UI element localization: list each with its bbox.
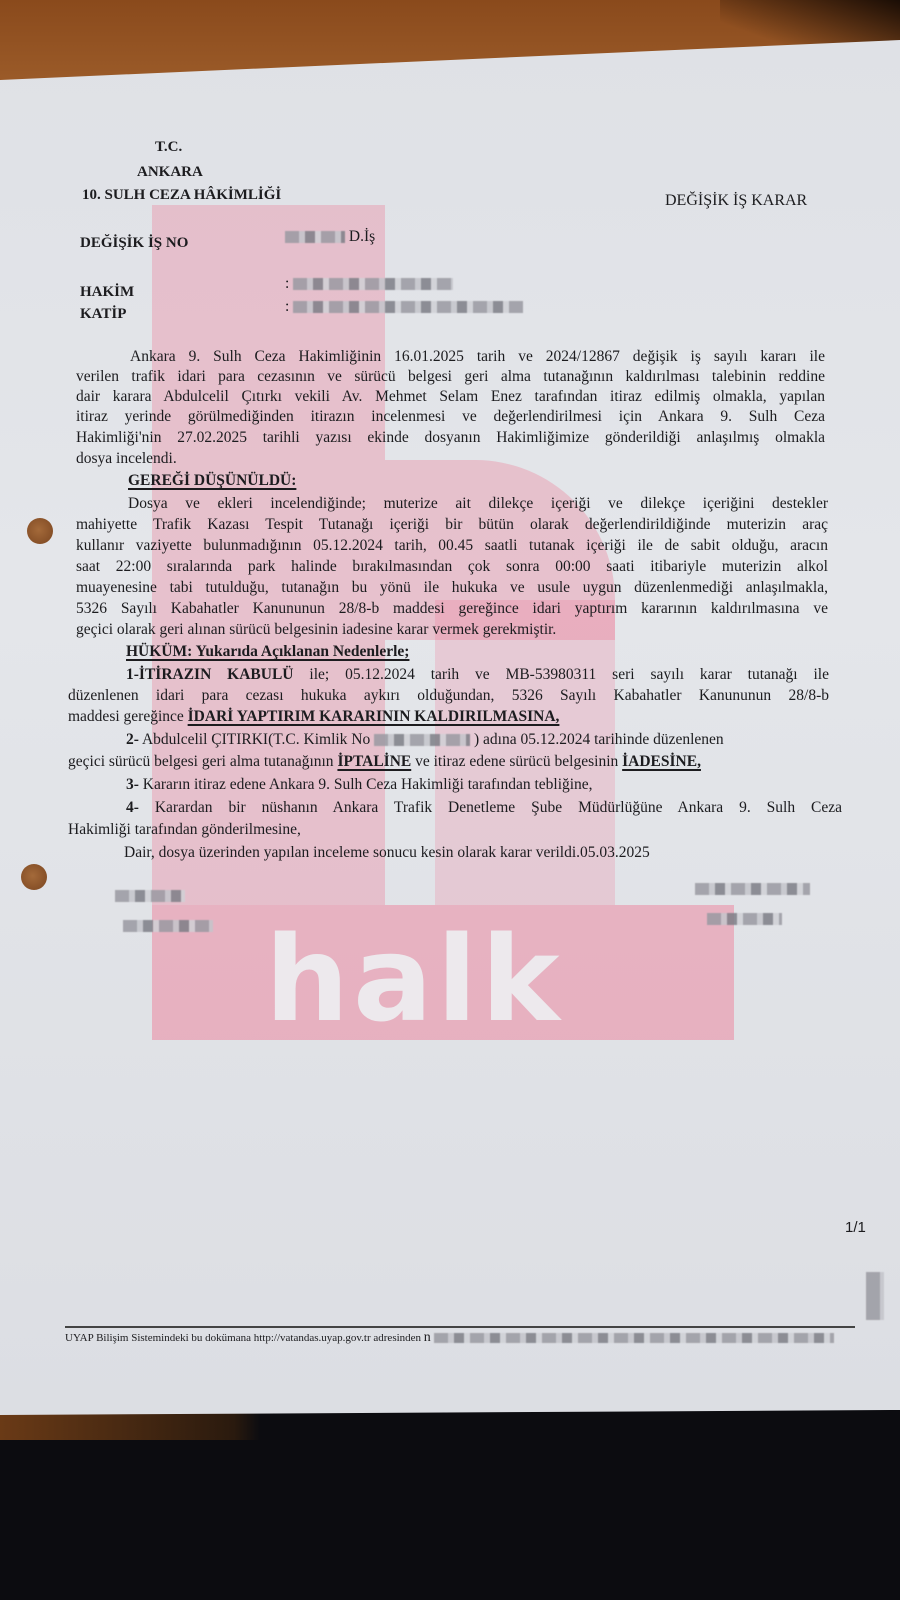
verdict-item-2: 2- Abdulcelil ÇITIRKI(T.C. Kimlik No ) a… [126,730,724,750]
redacted-signature-code [707,913,782,925]
verdict-item-1: 1-İTİRAZIN KABULÜ ile; 05.12.2024 tarih … [126,665,829,685]
verdict-item-1-line2: düzenlenen idari para cezası hukuka aykı… [68,686,829,706]
deliberation-heading: GEREĞİ DÜŞÜNÜLDÜ: [128,471,296,491]
header-city: ANKARA [137,162,203,182]
punch-hole-top [27,518,53,544]
judge-label: HAKİM [80,282,134,302]
header-tc: T.C. [155,137,182,157]
header-court: 10. SULH CEZA HÂKİMLİĞİ [82,185,281,205]
redacted-id-number [374,734,470,746]
verdict-item-1-line3: maddesi gereğince İDARİ YAPTIRIM KARARIN… [68,707,559,727]
uyap-footer-note: UYAP Bilişim Sistemindeki bu dokümana ht… [65,1328,834,1348]
closing-statement: Dair, dosya üzerinden yapılan inceleme s… [124,843,650,863]
page-number: 1/1 [845,1218,866,1238]
judge-value: : [285,274,453,294]
clerk-value: : [285,297,523,317]
verdict-heading: HÜKÜM: Yukarıda Açıklanan Nedenlerle; [126,642,409,662]
redacted-barcode [866,1272,884,1320]
watermark-text: halk [265,910,564,1048]
verdict-item-2-line2: geçici sürücü belgesi geri alma tutanağı… [68,752,701,772]
redacted-judge-name [293,278,453,290]
file-no-suffix: D.İş [349,228,375,245]
verdict-item-4-line2: Hakimliği tarafından gönderilmesine, [68,820,301,840]
redacted-clerk-name [293,301,523,313]
file-no-value: D.İş [285,227,375,247]
redacted-signature-code [123,920,213,932]
verdict-item-3: 3- Kararın itiraz edene Ankara 9. Sulh C… [126,775,593,795]
redacted-signature-name [695,883,810,895]
doc-type-title: DEĞİŞİK İŞ KARAR [665,191,807,211]
signature-right [695,883,810,925]
verdict-item-4: 4- Karardan bir nüshanın Ankara Trafik D… [126,798,842,818]
clerk-label: KATİP [80,304,126,324]
signature-left [115,890,213,932]
redacted-signature-name [115,890,185,902]
file-no-label: DEĞİŞİK İŞ NO [80,233,188,253]
sanction-lifted-text: İDARİ YAPTIRIM KARARININ KALDIRILMASINA, [188,708,560,725]
redacted-file-no [285,231,345,243]
punch-hole-bottom [21,864,47,890]
redacted-verification-code [434,1333,834,1343]
